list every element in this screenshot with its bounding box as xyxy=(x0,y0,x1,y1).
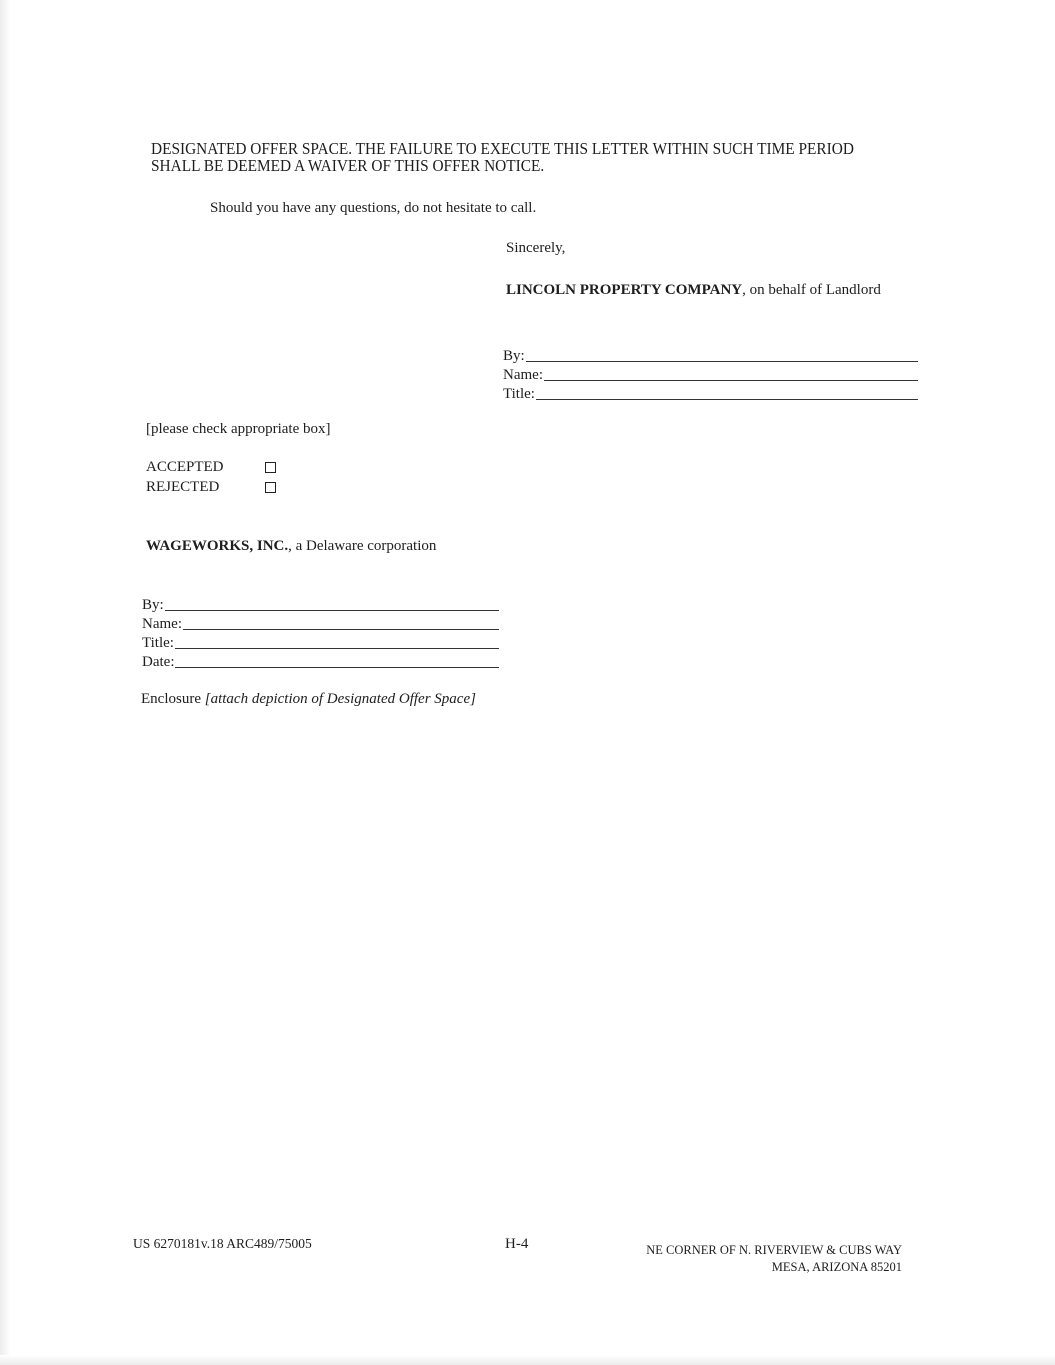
closing-paragraph-line-2: SHALL BE DEEMED A WAIVER OF THIS OFFER N… xyxy=(151,157,854,174)
landlord-company-suffix: , on behalf of Landlord xyxy=(742,282,881,298)
landlord-company-line: LINCOLN PROPERTY COMPANY, on behalf of L… xyxy=(506,282,881,299)
footer-page-number: H-4 xyxy=(505,1236,528,1253)
landlord-by-label: By: xyxy=(503,348,525,365)
footer-address-line-1: NE CORNER OF N. RIVERVIEW & CUBS WAY xyxy=(646,1242,902,1259)
scan-edge-bottom xyxy=(0,1355,1055,1365)
scan-edge-left xyxy=(0,0,10,1365)
enclosure-line: Enclosure [attach depiction of Designate… xyxy=(141,691,476,708)
landlord-by-blank[interactable] xyxy=(526,361,918,362)
tenant-date-field[interactable]: Date: xyxy=(142,652,499,671)
enclosure-note: [attach depiction of Designated Offer Sp… xyxy=(205,691,476,707)
landlord-name-label: Name: xyxy=(503,367,543,384)
landlord-name-field[interactable]: Name: xyxy=(503,365,918,384)
footer-doc-id: US 6270181v.18 ARC489/75005 xyxy=(133,1236,312,1252)
landlord-title-label: Title: xyxy=(503,386,535,403)
tenant-name-field[interactable]: Name: xyxy=(142,614,499,633)
check-instruction: [please check appropriate box] xyxy=(146,421,331,438)
salutation: Sincerely, xyxy=(506,240,565,257)
tenant-title-label: Title: xyxy=(142,635,174,652)
closing-paragraph: DESIGNATED OFFER SPACE. THE FAILURE TO E… xyxy=(151,140,854,174)
tenant-by-label: By: xyxy=(142,597,164,614)
landlord-name-blank[interactable] xyxy=(544,380,918,381)
tenant-title-field[interactable]: Title: xyxy=(142,633,499,652)
tenant-name-blank[interactable] xyxy=(183,629,499,630)
accepted-option[interactable]: ACCEPTED xyxy=(146,459,276,476)
tenant-name-label: Name: xyxy=(142,616,182,633)
tenant-title-blank[interactable] xyxy=(175,648,499,649)
tenant-company-name: WAGEWORKS, INC. xyxy=(146,538,288,554)
tenant-by-field[interactable]: By: xyxy=(142,595,499,614)
tenant-company-line: WAGEWORKS, INC., a Delaware corporation xyxy=(146,538,436,555)
rejected-label: REJECTED xyxy=(146,479,265,496)
questions-line: Should you have any questions, do not he… xyxy=(210,200,536,217)
tenant-date-label: Date: xyxy=(142,654,174,671)
rejected-checkbox[interactable] xyxy=(265,482,276,493)
footer-address: NE CORNER OF N. RIVERVIEW & CUBS WAY MES… xyxy=(646,1242,902,1276)
accepted-checkbox[interactable] xyxy=(265,462,276,473)
landlord-title-field[interactable]: Title: xyxy=(503,384,918,403)
rejected-option[interactable]: REJECTED xyxy=(146,479,276,496)
landlord-by-field[interactable]: By: xyxy=(503,346,918,365)
landlord-title-blank[interactable] xyxy=(536,399,918,400)
enclosure-label: Enclosure xyxy=(141,691,205,707)
footer-address-line-2: MESA, ARIZONA 85201 xyxy=(646,1259,902,1276)
landlord-signature-block: By: Name: Title: xyxy=(503,346,918,403)
closing-paragraph-line-1: DESIGNATED OFFER SPACE. THE FAILURE TO E… xyxy=(151,140,854,157)
accepted-label: ACCEPTED xyxy=(146,459,265,476)
tenant-signature-block: By: Name: Title: Date: xyxy=(142,595,499,671)
tenant-by-blank[interactable] xyxy=(165,610,499,611)
landlord-company-name: LINCOLN PROPERTY COMPANY xyxy=(506,282,742,298)
tenant-company-suffix: , a Delaware corporation xyxy=(288,538,436,554)
tenant-date-blank[interactable] xyxy=(175,667,499,668)
